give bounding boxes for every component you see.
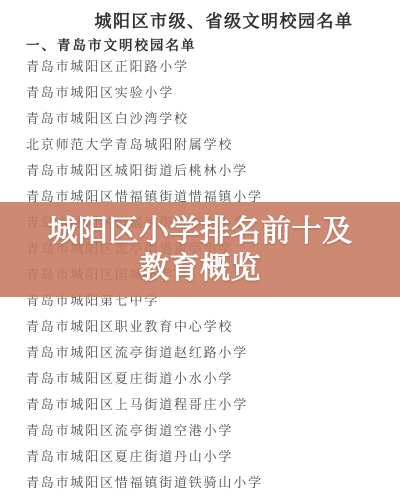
school-list-item: 北京师范大学青岛城阳附属学校 (26, 130, 400, 156)
document-title: 城阳区市级、省级文明校园名单 (48, 7, 400, 32)
overlay-title-line2: 教育概览 (139, 250, 261, 287)
school-list-item: 青岛市城阳区城阳街道后桃林小学 (26, 156, 400, 182)
document-page: 城阳区市级、省级文明校园名单 一、青岛市文明校园名单 青岛市城阳区正阳路小学青岛… (0, 0, 400, 504)
school-list-item: 青岛市城阳区夏庄街道丹山小学 (26, 442, 400, 468)
overlay-banner: 城阳区小学排名前十及 教育概览 (0, 202, 400, 297)
school-list-item: 青岛市城阳区白沙湾学校 (26, 104, 400, 130)
overlay-title-line1: 城阳区小学排名前十及 (48, 213, 353, 250)
school-list-item: 青岛市城阳区流亭街道空港小学 (26, 416, 400, 442)
school-list-item: 青岛市城阳区惜福镇街道铁骑山小学 (26, 468, 400, 494)
section-heading: 一、青岛市文明校园名单 (26, 34, 197, 54)
school-list-item: 青岛市城阳区流亭街道赵红路小学 (26, 338, 400, 364)
school-list-item: 青岛市城阳区上马街道程哥庄小学 (26, 390, 400, 416)
school-list-item: 青岛市城阳区实验小学 (26, 78, 400, 104)
school-list-item: 青岛市城阳区正阳路小学 (26, 52, 400, 78)
school-list-item: 青岛市城阳区职业教育中心学校 (26, 312, 400, 338)
school-list-item: 青岛市城阳区夏庄街道小水小学 (26, 364, 400, 390)
